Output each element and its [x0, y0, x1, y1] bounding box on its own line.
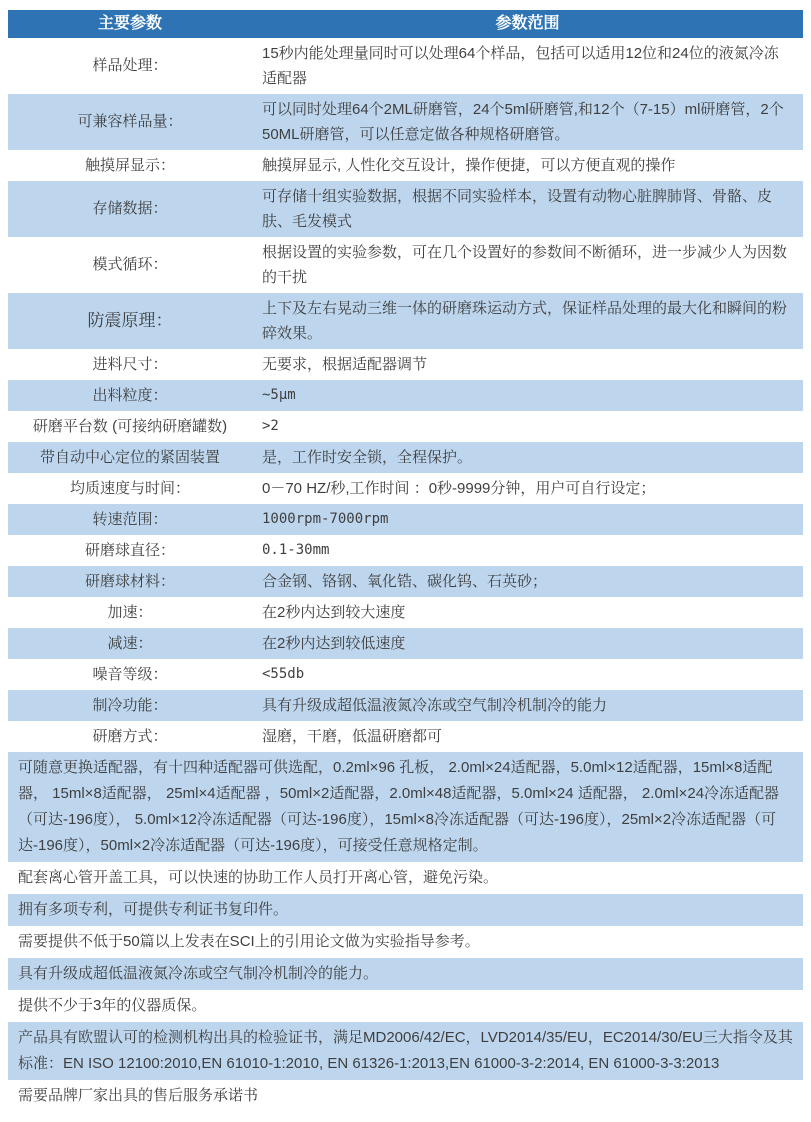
note-row: 需要品牌厂家出具的售后服务承诺书 [8, 1080, 803, 1112]
table-row: 研磨平台数 (可接纳研磨罐数) >2 [8, 411, 803, 442]
table-row: 存储数据： 可存储十组实验数据，根据不同实验样本，设置有动物心脏脾肺肾、骨骼、皮… [8, 181, 803, 237]
param-value: 具有升级成超低温液氮冷冻或空气制冷机制冷的能力 [252, 690, 803, 721]
note-row: 提供不少于3年的仪器质保。 [8, 990, 803, 1022]
table-header-row: 主要参数 参数范围 [8, 10, 803, 38]
param-label: 噪音等级： [8, 659, 252, 690]
param-label: 制冷功能： [8, 690, 252, 721]
header-param-range: 参数范围 [252, 14, 803, 34]
param-value: 是，工作时安全锁，全程保护。 [252, 442, 803, 473]
param-label: 研磨球材料： [8, 566, 252, 597]
table-row: 转速范围： 1000rpm-7000rpm [8, 504, 803, 535]
table-row: 触摸屏显示： 触摸屏显示, 人性化交互设计，操作便捷，可以方便直观的操作 [8, 150, 803, 181]
note-text: 需要提供不低于50篇以上发表在SCI上的引用论文做为实验指导参考。 [8, 926, 803, 958]
param-label: 防震原理： [8, 293, 252, 349]
table-row: 带自动中心定位的紧固装置 是，工作时安全锁，全程保护。 [8, 442, 803, 473]
param-label: 加速： [8, 597, 252, 628]
note-text: 提供不少于3年的仪器质保。 [8, 990, 803, 1022]
note-text: 可随意更换适配器，有十四种适配器可供选配，0.2ml×96 孔板， 2.0ml×… [8, 752, 803, 862]
param-value: 在2秒内达到较低速度 [252, 628, 803, 659]
note-row: 产品具有欧盟认可的检测机构出具的检验证书，满足MD2006/42/EC，LVD2… [8, 1022, 803, 1080]
table-row: 可兼容样品量： 可以同时处理64个2ML研磨管，24个5ml研磨管,和12个（7… [8, 94, 803, 150]
note-text: 产品具有欧盟认可的检测机构出具的检验证书，满足MD2006/42/EC，LVD2… [8, 1022, 803, 1080]
param-value: ~5μm [252, 380, 803, 411]
param-label: 进料尺寸： [8, 349, 252, 380]
param-label: 存储数据： [8, 181, 252, 237]
note-text: 需要品牌厂家出具的售后服务承诺书 [8, 1080, 803, 1112]
spec-table: 样品处理： 15秒内能处理量同时可以处理64个样品，包括可以适用12位和24位的… [8, 38, 803, 1112]
param-value: 无要求，根据适配器调节 [252, 349, 803, 380]
table-row: 制冷功能： 具有升级成超低温液氮冷冻或空气制冷机制冷的能力 [8, 690, 803, 721]
spec-document: 主要参数 参数范围 样品处理： 15秒内能处理量同时可以处理64个样品，包括可以… [0, 0, 811, 1118]
param-label: 研磨方式： [8, 721, 252, 752]
param-value: 可存储十组实验数据，根据不同实验样本，设置有动物心脏脾肺肾、骨骼、皮肤、毛发模式 [252, 181, 803, 237]
param-value: 上下及左右晃动三维一体的研磨珠运动方式，保证样品处理的最大化和瞬间的粉碎效果。 [252, 293, 803, 349]
param-value: 根据设置的实验参数，可在几个设置好的参数间不断循环，进一步减少人为因数的干扰 [252, 237, 803, 293]
param-label: 均质速度与时间： [8, 473, 252, 504]
note-row: 拥有多项专利，可提供专利证书复印件。 [8, 894, 803, 926]
param-label: 出料粒度： [8, 380, 252, 411]
table-row: 研磨球直径： 0.1-30mm [8, 535, 803, 566]
note-text: 配套离心管开盖工具，可以快速的协助工作人员打开离心管，避免污染。 [8, 862, 803, 894]
param-label: 研磨球直径： [8, 535, 252, 566]
table-row: 防震原理： 上下及左右晃动三维一体的研磨珠运动方式，保证样品处理的最大化和瞬间的… [8, 293, 803, 349]
param-label: 模式循环： [8, 237, 252, 293]
param-value: 在2秒内达到较大速度 [252, 597, 803, 628]
table-row: 样品处理： 15秒内能处理量同时可以处理64个样品，包括可以适用12位和24位的… [8, 38, 803, 94]
param-label: 转速范围： [8, 504, 252, 535]
table-row: 均质速度与时间： 0－70 HZ/秒,工作时间 ：0秒-9999分钟，用户可自行… [8, 473, 803, 504]
param-label: 带自动中心定位的紧固装置 [8, 442, 252, 473]
table-row: 出料粒度： ~5μm [8, 380, 803, 411]
param-value: 湿磨，干磨，低温研磨都可 [252, 721, 803, 752]
table-row: 进料尺寸： 无要求，根据适配器调节 [8, 349, 803, 380]
param-value: 触摸屏显示, 人性化交互设计，操作便捷，可以方便直观的操作 [252, 150, 803, 181]
param-value: >2 [252, 411, 803, 442]
param-label: 减速： [8, 628, 252, 659]
param-label: 可兼容样品量： [8, 94, 252, 150]
note-text: 具有升级成超低温液氮冷冻或空气制冷机制冷的能力。 [8, 958, 803, 990]
param-label: 样品处理： [8, 38, 252, 94]
table-row: 模式循环： 根据设置的实验参数，可在几个设置好的参数间不断循环，进一步减少人为因… [8, 237, 803, 293]
header-main-params: 主要参数 [8, 14, 252, 34]
note-row: 具有升级成超低温液氮冷冻或空气制冷机制冷的能力。 [8, 958, 803, 990]
table-row: 加速： 在2秒内达到较大速度 [8, 597, 803, 628]
table-row: 减速： 在2秒内达到较低速度 [8, 628, 803, 659]
table-row: 研磨球材料： 合金钢、铬钢、氧化锆、碳化钨、石英砂； [8, 566, 803, 597]
table-row: 噪音等级： <55db [8, 659, 803, 690]
param-value: 合金钢、铬钢、氧化锆、碳化钨、石英砂； [252, 566, 803, 597]
param-label: 研磨平台数 (可接纳研磨罐数) [8, 411, 252, 442]
param-value: 可以同时处理64个2ML研磨管，24个5ml研磨管,和12个（7-15）ml研磨… [252, 94, 803, 150]
note-row: 配套离心管开盖工具，可以快速的协助工作人员打开离心管，避免污染。 [8, 862, 803, 894]
param-value: <55db [252, 659, 803, 690]
note-text: 拥有多项专利，可提供专利证书复印件。 [8, 894, 803, 926]
param-value: 0.1-30mm [252, 535, 803, 566]
param-value: 15秒内能处理量同时可以处理64个样品，包括可以适用12位和24位的液氮冷冻适配… [252, 38, 803, 94]
note-row: 可随意更换适配器，有十四种适配器可供选配，0.2ml×96 孔板， 2.0ml×… [8, 752, 803, 862]
param-label: 触摸屏显示： [8, 150, 252, 181]
note-row: 需要提供不低于50篇以上发表在SCI上的引用论文做为实验指导参考。 [8, 926, 803, 958]
param-value: 1000rpm-7000rpm [252, 504, 803, 535]
table-row: 研磨方式： 湿磨，干磨，低温研磨都可 [8, 721, 803, 752]
param-value: 0－70 HZ/秒,工作时间 ：0秒-9999分钟，用户可自行设定； [252, 473, 803, 504]
